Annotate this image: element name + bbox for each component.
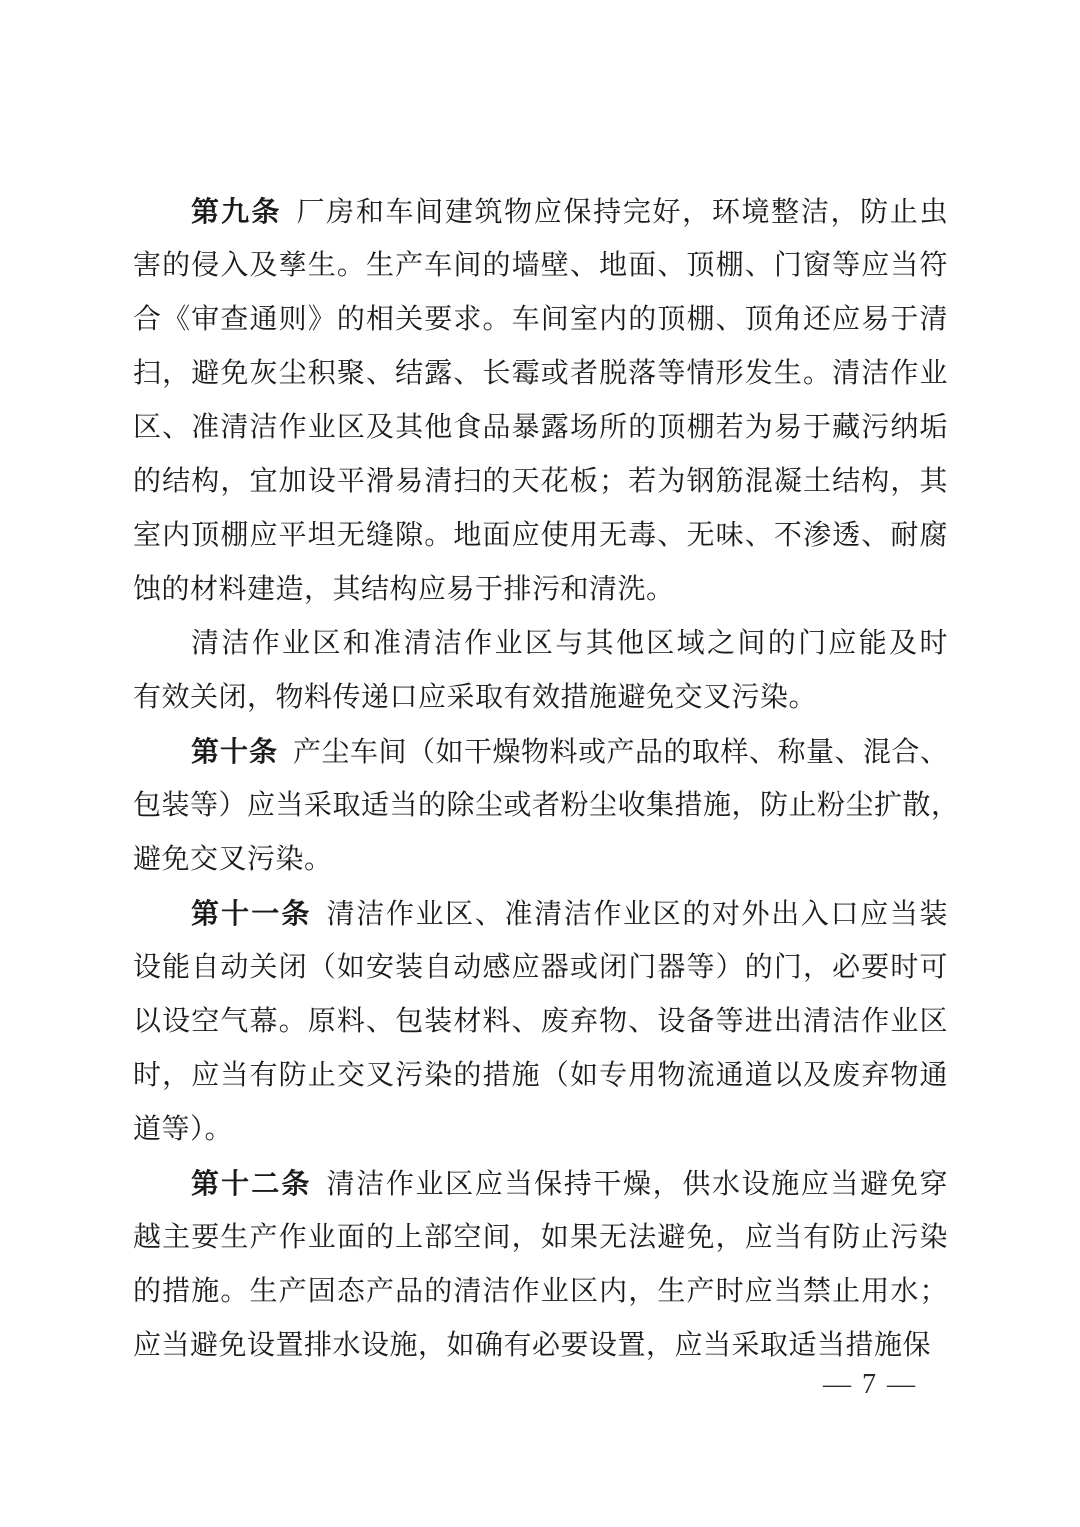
line-text: 包装等）应当采取适当的除尘或者粉尘收集措施，防止粉尘扩散， xyxy=(133,790,960,821)
text-line: 区、准清洁作业区及其他食品暴露场所的顶棚若为易于藏污纳垢 xyxy=(133,401,948,455)
text-line: 的结构，宜加设平滑易清扫的天花板；若为钢筋混凝土结构，其 xyxy=(133,455,948,509)
article-number: 第十一条 xyxy=(191,898,312,929)
line-text: 避免交叉污染。 xyxy=(133,844,333,875)
line-text: 越主要生产作业面的上部空间，如果无法避免，应当有防止污染 xyxy=(133,1222,948,1253)
text-line: 扫，避免灰尘积聚、结露、长霉或者脱落等情形发生。清洁作业 xyxy=(133,347,948,401)
line-text: 清洁作业区和准清洁作业区与其他区域之间的门应能及时 xyxy=(191,628,948,659)
text-line: 室内顶棚应平坦无缝隙。地面应使用无毒、无味、不渗透、耐腐 xyxy=(133,509,948,563)
article-line: 第十一条清洁作业区、准清洁作业区的对外出入口应当装 xyxy=(133,887,948,941)
line-text: 厂房和车间建筑物应保持完好，环境整洁，防止虫 xyxy=(297,197,948,228)
text-line: 时，应当有防止交叉污染的措施（如专用物流通道以及废弃物通 xyxy=(133,1049,948,1103)
article-number: 第九条 xyxy=(191,196,282,227)
text-line: 设能自动关闭（如安装自动感应器或闭门器等）的门，必要时可 xyxy=(133,941,948,995)
text-line: 有效关闭，物料传递口应采取有效措施避免交叉污染。 xyxy=(133,671,948,725)
line-text: 区、准清洁作业区及其他食品暴露场所的顶棚若为易于藏污纳垢 xyxy=(133,412,948,443)
line-text: 道等）。 xyxy=(133,1114,233,1145)
article-line: 第九条厂房和车间建筑物应保持完好，环境整洁，防止虫 xyxy=(133,185,948,239)
line-text: 有效关闭，物料传递口应采取有效措施避免交叉污染。 xyxy=(133,682,817,713)
article-line: 第十条产尘车间（如干燥物料或产品的取样、称量、混合、 xyxy=(133,725,948,779)
text-line: 避免交叉污染。 xyxy=(133,833,948,887)
line-text: 合《审查通则》的相关要求。车间室内的顶棚、顶角还应易于清 xyxy=(133,304,948,335)
text-line: 应当避免设置排水设施，如确有必要设置，应当采取适当措施保 xyxy=(133,1319,948,1373)
document-body: 第九条厂房和车间建筑物应保持完好，环境整洁，防止虫害的侵入及孳生。生产车间的墙壁… xyxy=(133,185,948,1373)
text-line: 包装等）应当采取适当的除尘或者粉尘收集措施，防止粉尘扩散， xyxy=(133,779,948,833)
line-text: 害的侵入及孳生。生产车间的墙壁、地面、顶棚、门窗等应当符 xyxy=(133,250,948,281)
text-line: 蚀的材料建造，其结构应易于排污和清洗。 xyxy=(133,563,948,617)
text-line: 以设空气幕。原料、包装材料、废弃物、设备等进出清洁作业区 xyxy=(133,995,948,1049)
line-text: 的结构，宜加设平滑易清扫的天花板；若为钢筋混凝土结构，其 xyxy=(133,466,948,497)
line-text: 清洁作业区应当保持干燥，供水设施应当避免穿 xyxy=(327,1169,948,1200)
page-number: — 7 — xyxy=(823,1370,917,1400)
line-text: 以设空气幕。原料、包装材料、废弃物、设备等进出清洁作业区 xyxy=(133,1006,948,1037)
text-line: 清洁作业区和准清洁作业区与其他区域之间的门应能及时 xyxy=(133,617,948,671)
document-page: 第九条厂房和车间建筑物应保持完好，环境整洁，防止虫害的侵入及孳生。生产车间的墙壁… xyxy=(0,0,1080,1527)
line-text: 产尘车间（如干燥物料或产品的取样、称量、混合、 xyxy=(293,737,949,768)
line-text: 扫，避免灰尘积聚、结露、长霉或者脱落等情形发生。清洁作业 xyxy=(133,358,948,389)
text-line: 合《审查通则》的相关要求。车间室内的顶棚、顶角还应易于清 xyxy=(133,293,948,347)
line-text: 应当避免设置排水设施，如确有必要设置，应当采取适当措施保 xyxy=(133,1330,931,1361)
article-number: 第十条 xyxy=(191,736,278,767)
line-text: 时，应当有防止交叉污染的措施（如专用物流通道以及废弃物通 xyxy=(133,1060,948,1091)
line-text: 室内顶棚应平坦无缝隙。地面应使用无毒、无味、不渗透、耐腐 xyxy=(133,520,948,551)
line-text: 的措施。生产固态产品的清洁作业区内，生产时应当禁止用水； xyxy=(133,1276,948,1307)
line-text: 清洁作业区、准清洁作业区的对外出入口应当装 xyxy=(327,899,948,930)
text-line: 害的侵入及孳生。生产车间的墙壁、地面、顶棚、门窗等应当符 xyxy=(133,239,948,293)
text-line: 越主要生产作业面的上部空间，如果无法避免，应当有防止污染 xyxy=(133,1211,948,1265)
article-number: 第十二条 xyxy=(191,1168,312,1199)
text-line: 道等）。 xyxy=(133,1103,948,1157)
line-text: 蚀的材料建造，其结构应易于排污和清洗。 xyxy=(133,574,675,605)
line-text: 设能自动关闭（如安装自动感应器或闭门器等）的门，必要时可 xyxy=(133,952,948,983)
article-line: 第十二条清洁作业区应当保持干燥，供水设施应当避免穿 xyxy=(133,1157,948,1211)
text-line: 的措施。生产固态产品的清洁作业区内，生产时应当禁止用水； xyxy=(133,1265,948,1319)
